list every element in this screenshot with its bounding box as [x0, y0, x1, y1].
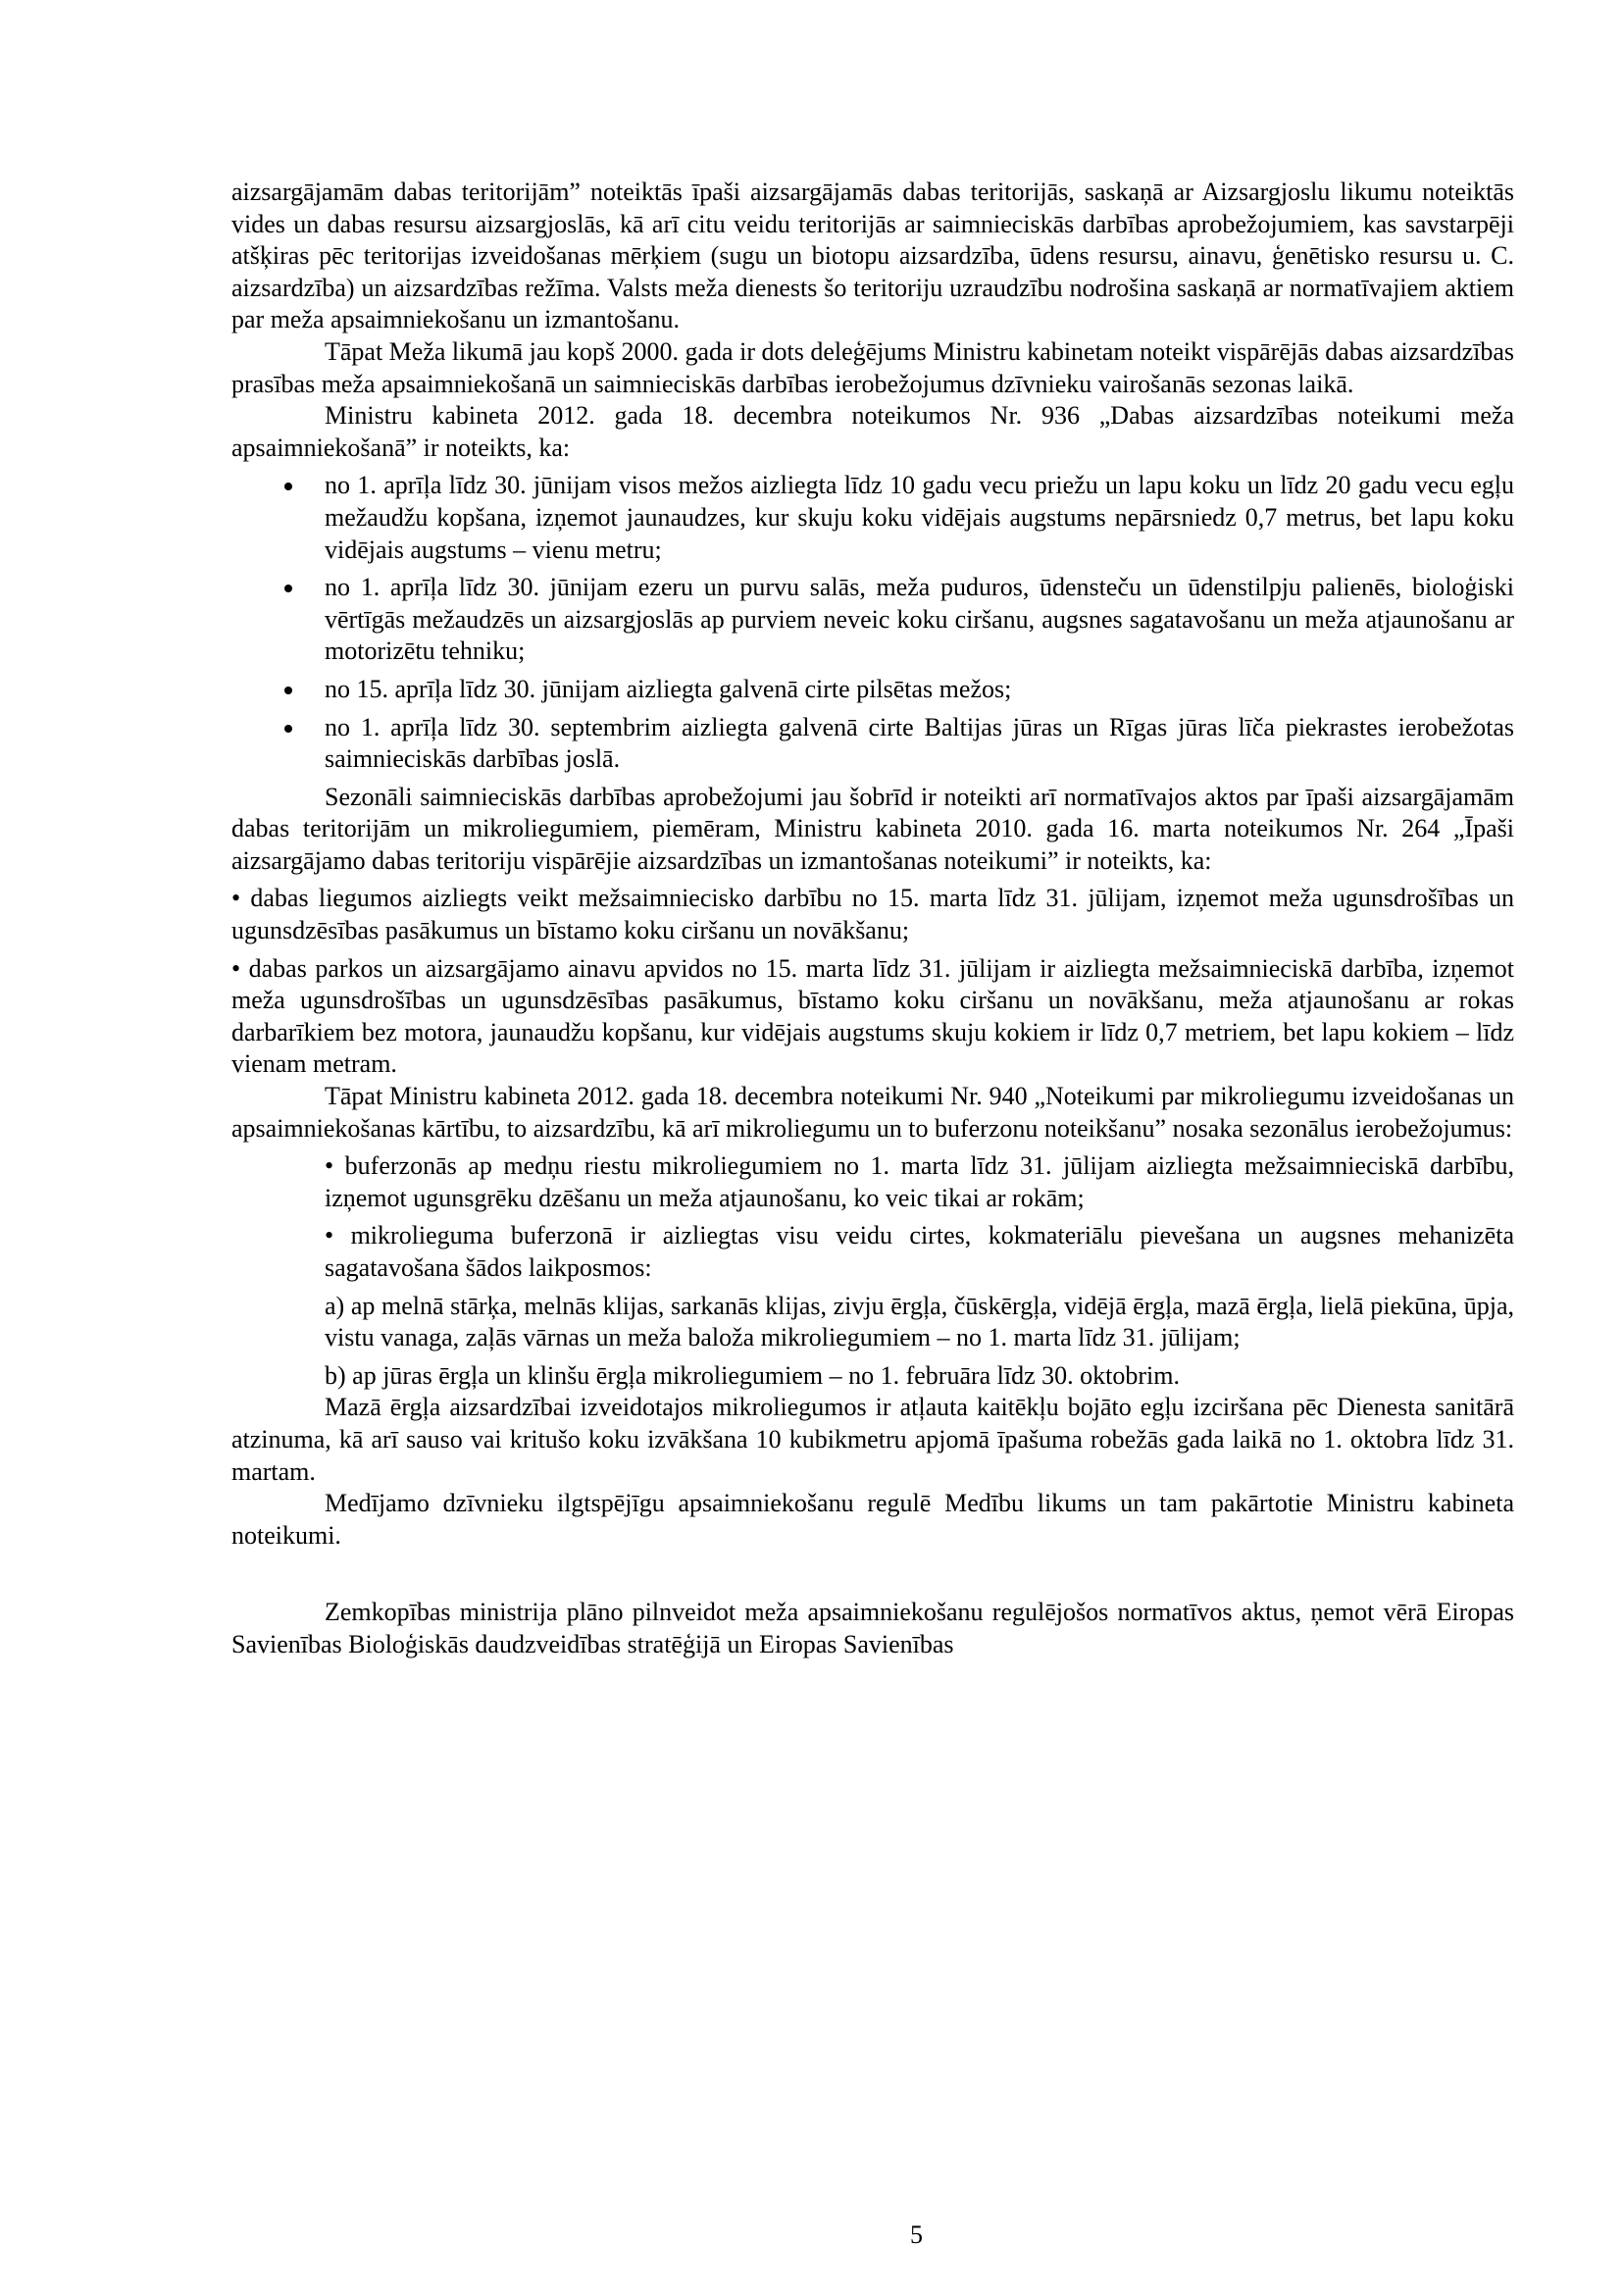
paragraph: b) ap jūras ērgļa un klinšu ērgļa mikrol… — [231, 1360, 1514, 1393]
list-item: no 1. aprīļa līdz 30. jūnijam ezeru un p… — [231, 572, 1514, 668]
paragraph: • dabas parkos un aizsargājamo ainavu ap… — [231, 953, 1514, 1081]
bullet-icon — [284, 483, 292, 490]
paragraph: a) ap melnā stārķa, melnās klijas, sarka… — [231, 1291, 1514, 1354]
paragraph: • dabas liegumos aizliegts veikt mežsaim… — [231, 883, 1514, 946]
paragraph: aizsargājamām dabas teritorijām” noteikt… — [231, 177, 1514, 336]
list-item: no 15. aprīļa līdz 30. jūnijam aizliegta… — [231, 674, 1514, 706]
page-number: 5 — [910, 2220, 923, 2250]
paragraph: Tāpat Ministru kabineta 2012. gada 18. d… — [231, 1081, 1514, 1145]
paragraph: Tāpat Meža likumā jau kopš 2000. gada ir… — [231, 336, 1514, 400]
bullet-icon — [284, 725, 292, 733]
paragraph: • mikrolieguma buferzonā ir aizliegtas v… — [231, 1220, 1514, 1284]
bullet-list-936: no 1. aprīļa līdz 30. jūnijam visos mežo… — [231, 470, 1514, 775]
paragraph: Ministru kabineta 2012. gada 18. decembr… — [231, 400, 1514, 464]
document-page: aizsargājamām dabas teritorijām” noteikt… — [231, 177, 1514, 1661]
list-item: no 1. aprīļa līdz 30. jūnijam visos mežo… — [231, 470, 1514, 566]
list-item: no 1. aprīļa līdz 30. septembrim aizlieg… — [231, 712, 1514, 776]
paragraph: Medījamo dzīvnieku ilgtspējīgu apsaimnie… — [231, 1488, 1514, 1552]
bullet-icon — [284, 585, 292, 592]
bullet-icon — [284, 687, 292, 694]
paragraph: • buferzonās ap medņu riestu mikroliegum… — [231, 1150, 1514, 1214]
paragraph: Sezonāli saimnieciskās darbības aprobežo… — [231, 782, 1514, 878]
paragraph: Mazā ērgļa aizsardzībai izveidotajos mik… — [231, 1392, 1514, 1488]
paragraph: Zemkopības ministrija plāno pilnveidot m… — [231, 1597, 1514, 1660]
